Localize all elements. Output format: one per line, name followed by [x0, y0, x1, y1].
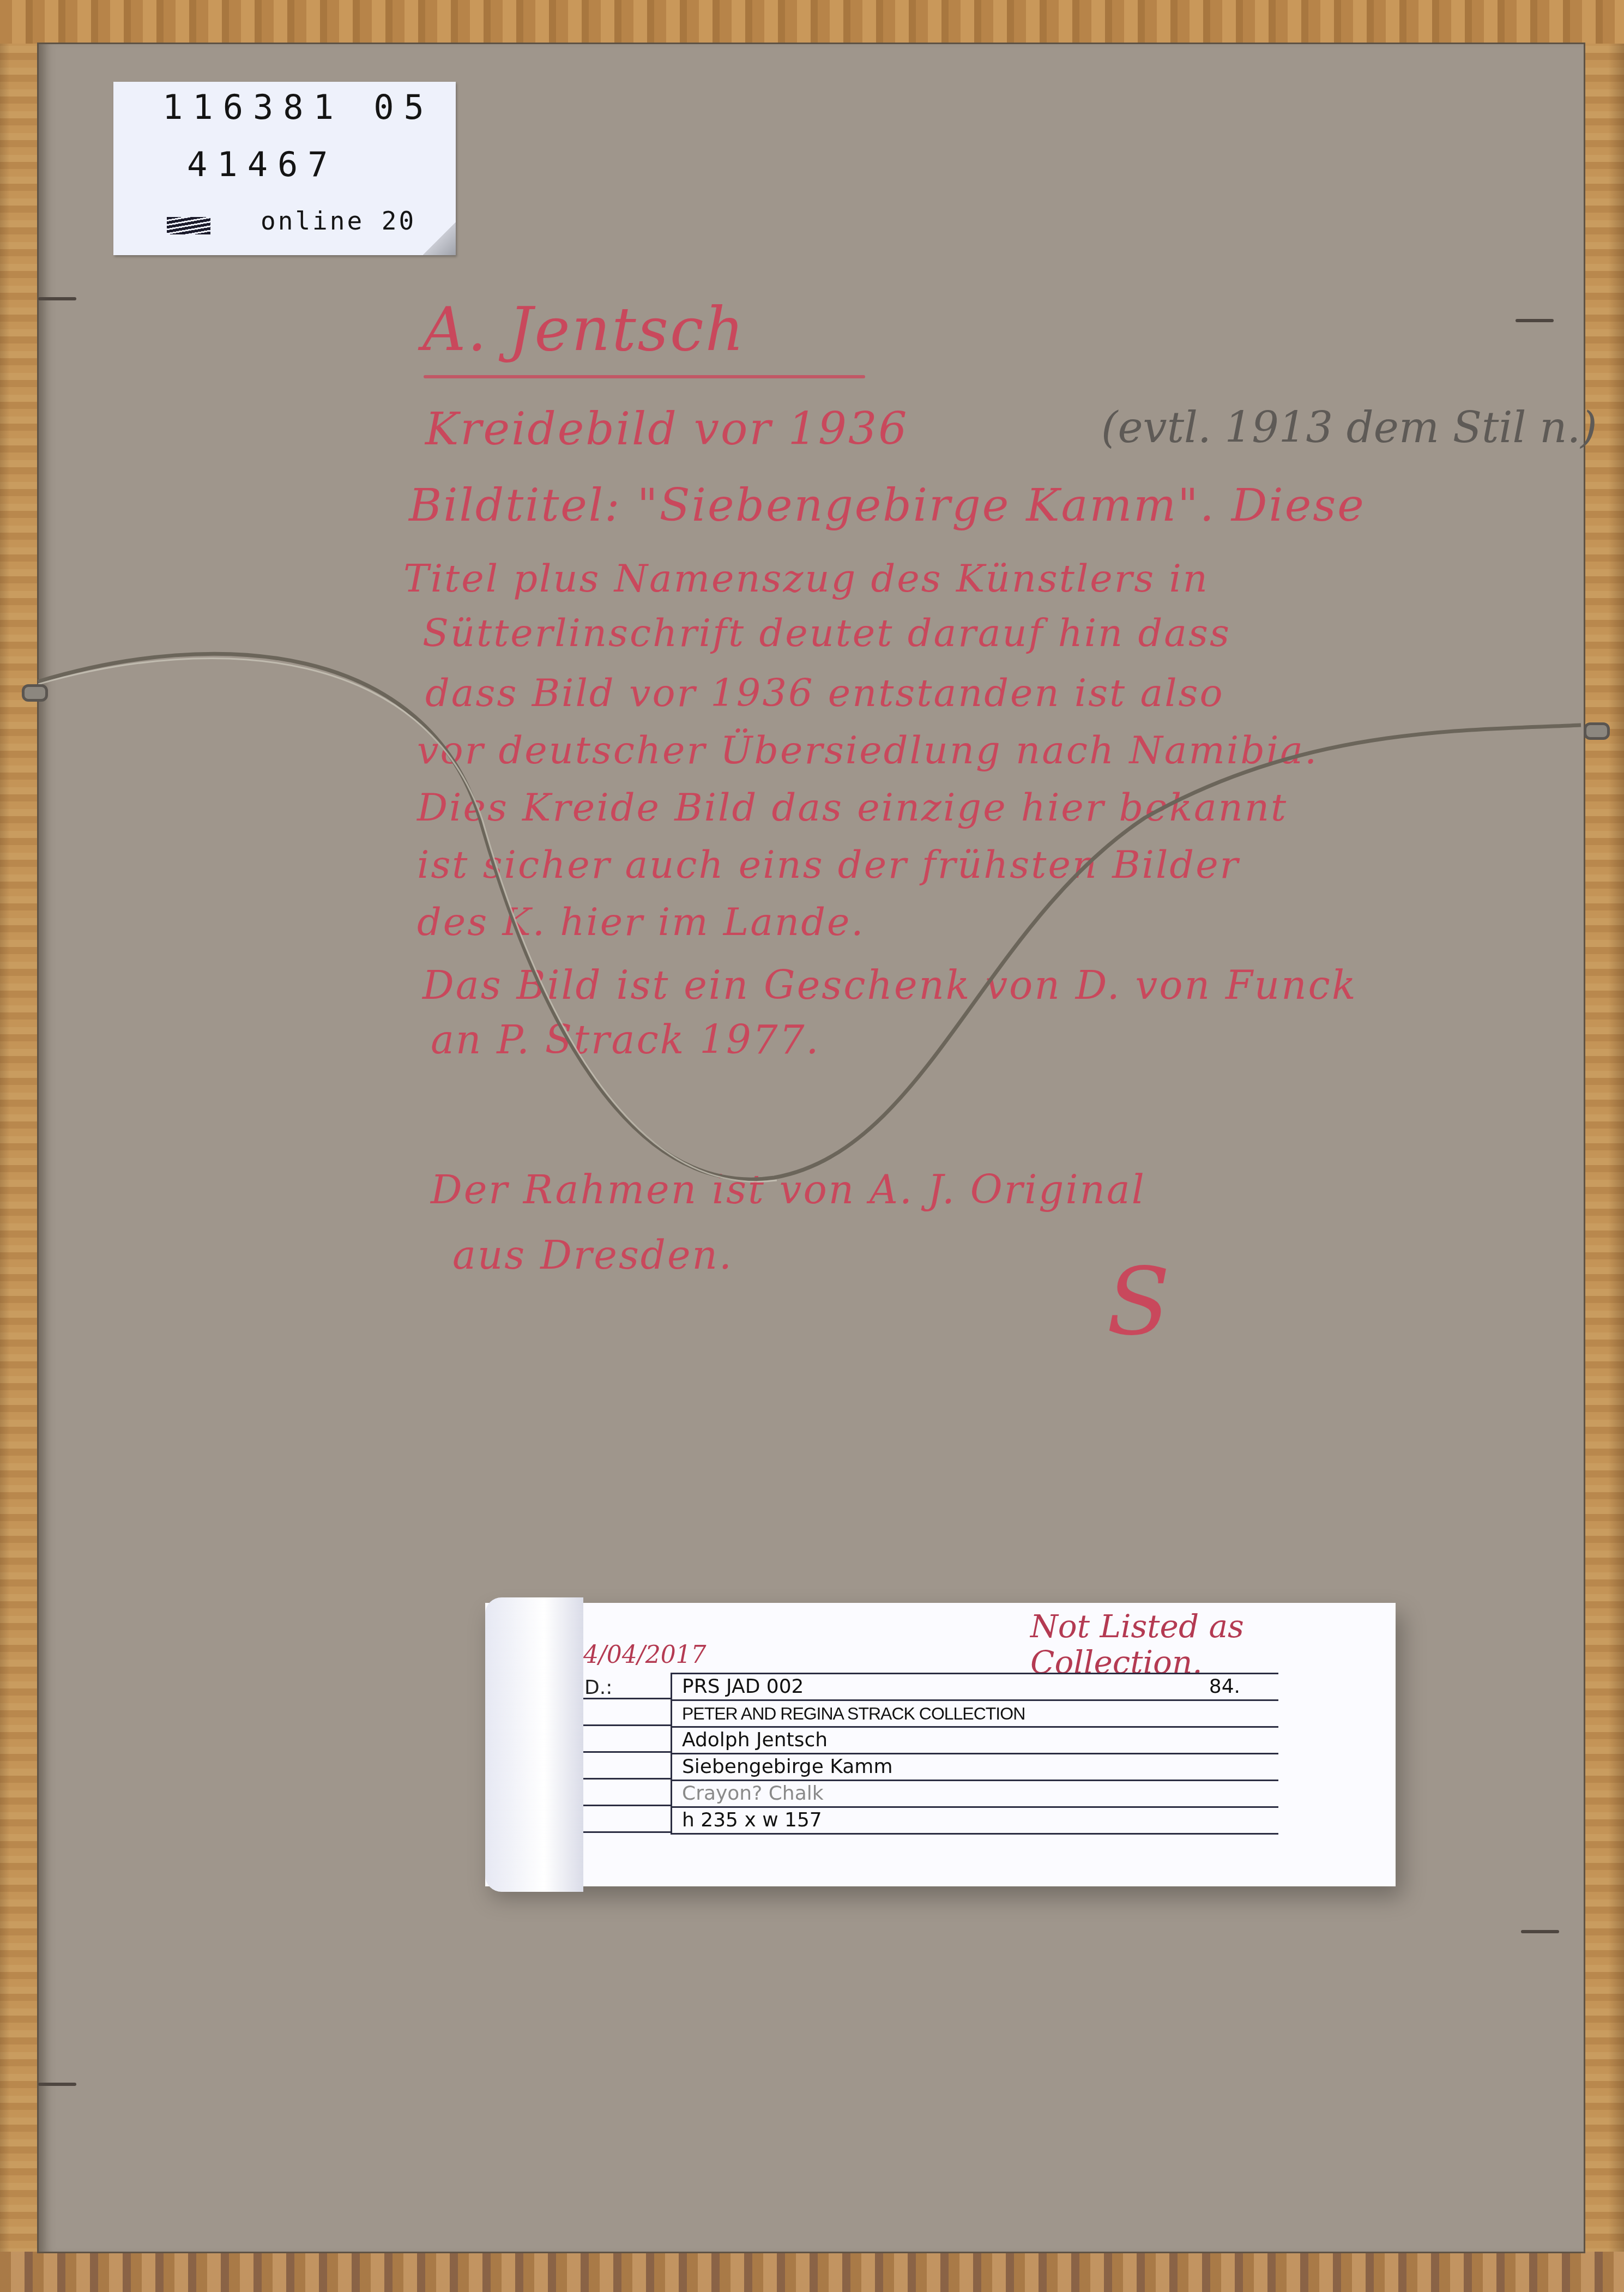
collection-label: Not Listed as Collection. 4/04/2017 D.: … — [485, 1603, 1396, 1886]
label-date: 4/04/2017 — [583, 1641, 707, 1669]
wire-hook-icon — [1584, 722, 1610, 740]
hanging-wire — [0, 0, 1624, 2292]
label-table: PRS JAD 002 84. PETER AND REGINA STRACK … — [671, 1673, 1278, 1835]
label-note: Not Listed as Collection. — [1030, 1608, 1244, 1680]
label-row-title: Siebengebirge Kamm — [671, 1754, 1278, 1781]
label-row-collection: PETER AND REGINA STRACK COLLECTION — [671, 1701, 1278, 1728]
label-row-dimensions: h 235 x w 157 — [671, 1808, 1278, 1835]
label-row-medium: Crayon? Chalk — [671, 1781, 1278, 1808]
label-id-prefix: D.: — [584, 1676, 612, 1699]
label-fold — [485, 1597, 583, 1892]
label-row-artist: Adolph Jentsch — [671, 1728, 1278, 1754]
wire-hook-icon — [22, 684, 48, 702]
label-note-line-1: Not Listed as — [1030, 1608, 1244, 1644]
item-number: 84. — [1209, 1674, 1240, 1699]
catalog-number: PRS JAD 002 — [682, 1675, 804, 1698]
label-row-catalog-number: PRS JAD 002 84. — [671, 1673, 1278, 1701]
